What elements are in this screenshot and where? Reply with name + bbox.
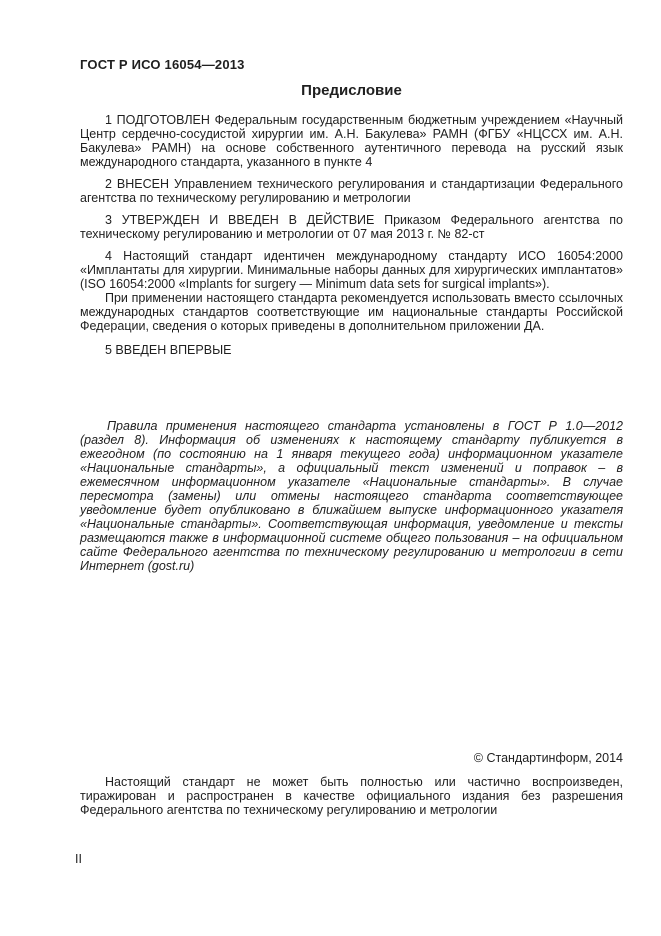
- standard-designation: ГОСТ Р ИСО 16054—2013: [80, 58, 623, 72]
- page-number: II: [75, 852, 82, 866]
- foreword-clause-1: 1 ПОДГОТОВЛЕН Федеральным государственны…: [80, 113, 623, 169]
- copyright-notice: © Стандартинформ, 2014: [80, 751, 623, 765]
- foreword-clause-3: 3 УТВЕРЖДЕН И ВВЕДЕН В ДЕЙСТВИЕ Приказом…: [80, 213, 623, 241]
- foreword-clause-4: 4 Настоящий стандарт идентичен междунаро…: [80, 249, 623, 291]
- application-rules-note: Правила применения настоящего стандарта …: [80, 419, 623, 573]
- foreword-section: 1 ПОДГОТОВЛЕН Федеральным государственны…: [80, 113, 623, 357]
- foreword-clause-2: 2 ВНЕСЕН Управлением технического регули…: [80, 177, 623, 205]
- foreword-clause-5: 5 ВВЕДЕН ВПЕРВЫЕ: [80, 343, 623, 357]
- document-page: ГОСТ Р ИСО 16054—2013 Предисловие 1 ПОДГ…: [0, 0, 661, 936]
- page-title: Предисловие: [80, 84, 623, 98]
- reproduction-notice: Настоящий стандарт не может быть полност…: [80, 775, 623, 817]
- foreword-clause-4-continuation: При применении настоящего стандарта реко…: [80, 291, 623, 333]
- page-content: ГОСТ Р ИСО 16054—2013 Предисловие 1 ПОДГ…: [80, 58, 623, 817]
